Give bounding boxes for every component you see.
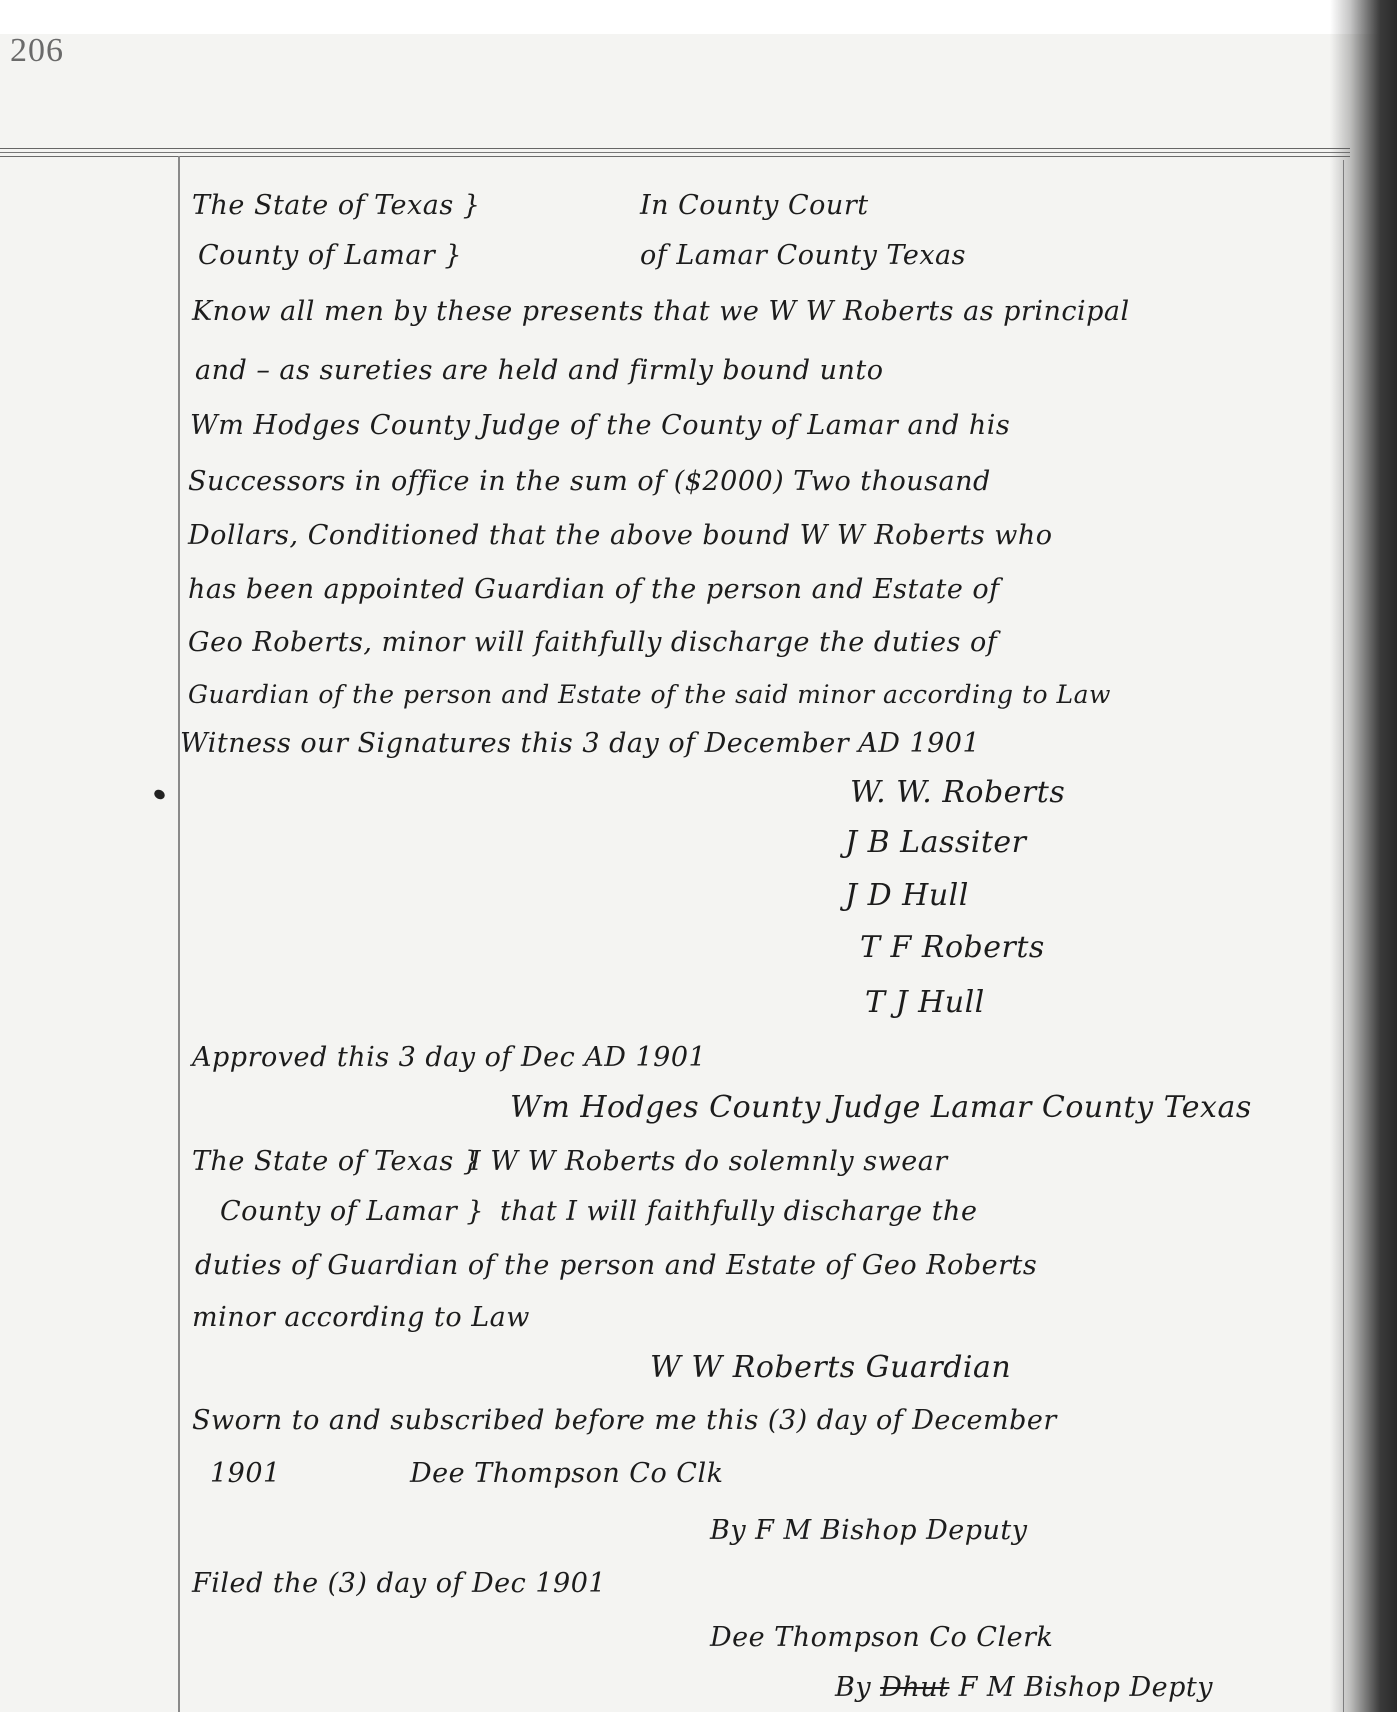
oath-line: minor according to Law	[192, 1302, 530, 1333]
jurat-year: 1901	[210, 1458, 281, 1489]
bond-line: Guardian of the person and Estate of the…	[188, 680, 1111, 709]
oath-line: I W W Roberts do solemnly swear	[470, 1146, 948, 1177]
book-gutter-shadow	[1330, 0, 1397, 1712]
bond-line: Wm Hodges County Judge of the County of …	[190, 410, 1010, 441]
bond-caption-state: The State of Texas }	[192, 190, 480, 221]
header-rule	[0, 148, 1350, 153]
filing-clerk: Dee Thompson Co Clerk	[710, 1622, 1053, 1653]
filing-deputy: By Dhut F M Bishop Depty	[835, 1672, 1213, 1703]
bond-line: Know all men by these presents that we W…	[192, 296, 1130, 327]
signature: W. W. Roberts	[850, 775, 1065, 810]
top-band	[0, 0, 1397, 34]
bond-line: Geo Roberts, minor will faithfully disch…	[188, 627, 997, 658]
bond-court: In County Court	[640, 190, 869, 221]
header-rule-inner	[0, 156, 1350, 157]
bond-line: Dollars, Conditioned that the above boun…	[188, 520, 1053, 551]
approval-line: Approved this 3 day of Dec AD 1901	[192, 1042, 706, 1073]
oath-line: duties of Guardian of the person and Est…	[195, 1250, 1037, 1281]
bond-witness-line: Witness our Signatures this 3 day of Dec…	[180, 728, 980, 759]
left-margin-rule	[178, 156, 180, 1712]
bond-line: and – as sureties are held and firmly bo…	[195, 355, 883, 386]
jurat-line: Sworn to and subscribed before me this (…	[192, 1405, 1057, 1436]
bond-line: Successors in office in the sum of ($200…	[188, 466, 991, 497]
signature: T J Hull	[865, 985, 985, 1020]
signature: J B Lassiter	[845, 825, 1027, 860]
page-number: 206	[10, 32, 64, 70]
filing-line: Filed the (3) day of Dec 1901	[192, 1568, 606, 1599]
oath-caption-county: County of Lamar }	[220, 1196, 484, 1227]
jurat-clerk: Dee Thompson Co Clk	[410, 1458, 723, 1489]
judge-signature: Wm Hodges County Judge Lamar County Texa…	[510, 1090, 1252, 1125]
filing-deputy-name: F M Bishop Depty	[959, 1672, 1213, 1703]
ink-blot	[152, 788, 166, 801]
oath-line: that I will faithfully discharge the	[500, 1196, 977, 1227]
bond-court-county: of Lamar County Texas	[640, 240, 966, 271]
jurat-deputy: By F M Bishop Deputy	[710, 1515, 1027, 1546]
filing-deputy-prefix: By	[835, 1672, 871, 1703]
signature: J D Hull	[845, 878, 969, 913]
signature: T F Roberts	[860, 930, 1045, 965]
guardian-signature: W W Roberts Guardian	[650, 1350, 1011, 1385]
oath-caption-state: The State of Texas }	[192, 1146, 480, 1177]
bond-line: has been appointed Guardian of the perso…	[188, 574, 1000, 605]
filing-deputy-struck: Dhut	[880, 1672, 949, 1703]
bond-caption-county: County of Lamar }	[198, 240, 462, 271]
